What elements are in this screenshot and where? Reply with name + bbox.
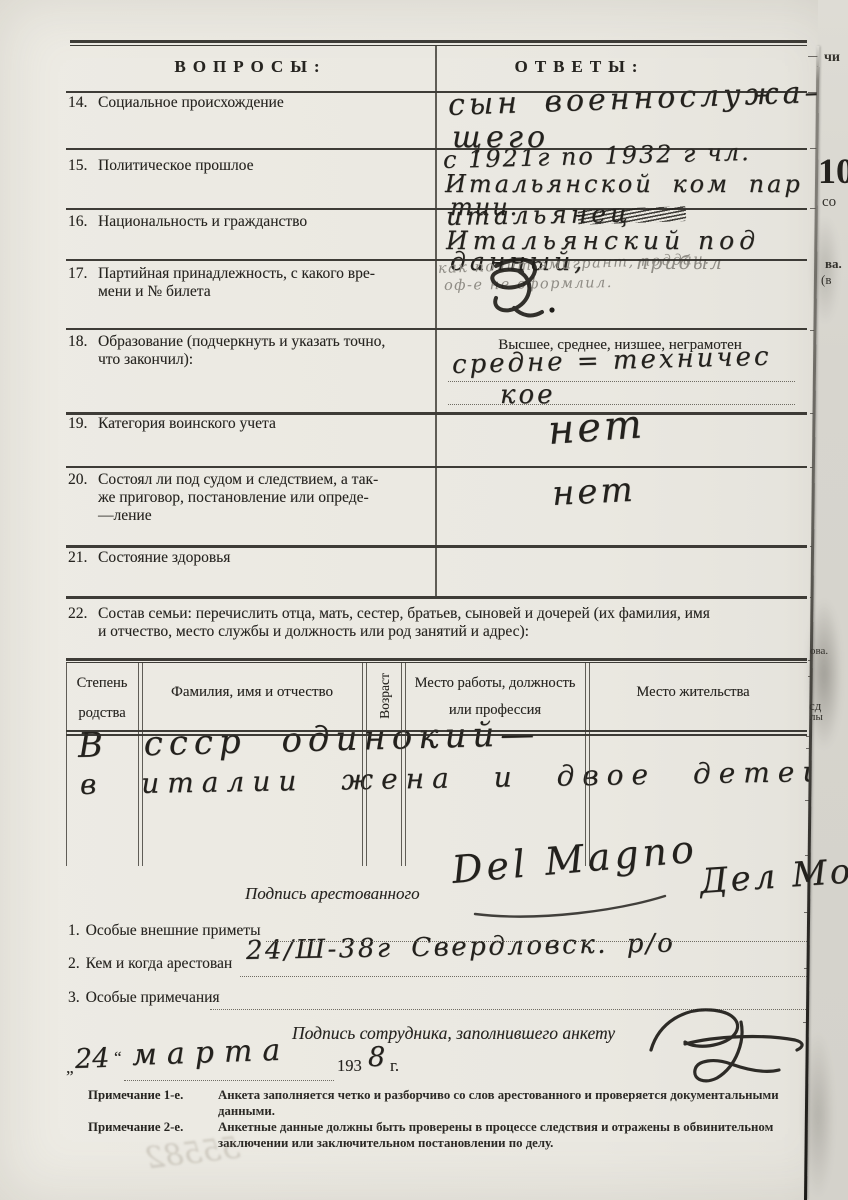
edge-text-fragment: чи: [824, 50, 840, 66]
item-2-handwritten-value: 24/Ш-38г Свердловск. р/о: [246, 929, 676, 966]
dotted-fill-line: [448, 381, 795, 382]
answer-20: нет: [551, 470, 637, 514]
family-col-degree-of-kinship: Степень родства: [66, 668, 138, 728]
dotted-fill-line: [266, 941, 807, 942]
dotted-fill-line: [240, 976, 807, 977]
question-21: 21. Состояние здоровья: [68, 549, 230, 567]
questions-column-header: ВОПРОСЫ:: [66, 57, 435, 77]
question-21-number: 21.: [68, 549, 94, 567]
strip-smudge: [806, 598, 842, 750]
family-col-residence: Место жительства: [589, 684, 797, 701]
date-year-printed-prefix: 193: [337, 1056, 362, 1076]
question-20-number: 20.: [68, 471, 94, 525]
question-14-number: 14.: [68, 94, 94, 112]
question-22: 22. Состав семьи: перечислить отца, мать…: [68, 605, 803, 641]
form-rule-horizontal: [66, 730, 807, 732]
form-rule-vertical: [138, 662, 139, 866]
family-entry-line1: В ссср одинокий—: [77, 714, 540, 766]
footnote-1: Примечание 1-е. Анкета заполняется четко…: [88, 1088, 828, 1119]
footnote-2-text: Анкетные данные должны быть проверены в …: [218, 1120, 828, 1151]
form-rule-vertical: [366, 662, 367, 866]
question-16: 16. Национальность и гражданство: [68, 213, 307, 231]
date-open-quote: „: [66, 1058, 74, 1078]
form-rule-horizontal: [70, 40, 807, 43]
item-special-features: 1. Особые внешние приметы: [68, 922, 261, 940]
crossed-out-word-scribble: [578, 206, 686, 225]
question-18-number: 18.: [68, 333, 94, 369]
edge-text-fragment: 10: [818, 150, 848, 192]
question-22-number: 22.: [68, 605, 94, 641]
item-1-label: Особые внешние приметы: [86, 922, 261, 940]
item-2-label: Кем и когда арестован: [86, 955, 233, 973]
footnote-1-label: Примечание 1-е.: [88, 1088, 210, 1119]
edge-text-fragment: ва.: [825, 256, 842, 272]
officer-signature-label: Подпись сотрудника, заполнившего анкету: [292, 1023, 615, 1044]
date-year-digit-handwritten: 8: [368, 1042, 385, 1073]
form-rule-vertical: [589, 662, 590, 866]
question-19: 19. Категория воинского учета: [68, 415, 276, 433]
date-day-handwritten: 24: [74, 1043, 109, 1075]
form-rule-vertical: [585, 662, 586, 866]
item-arrested-by-whom-when: 2. Кем и когда арестован: [68, 955, 232, 973]
answer-19: нет: [546, 401, 646, 454]
form-rule-horizontal: [66, 658, 807, 661]
question-21-text: Состояние здоровья: [98, 549, 230, 567]
item-2-number: 2.: [68, 955, 80, 973]
question-17-text: Партийная принадлежность, с какого вре- …: [98, 265, 375, 301]
question-20-text: Состоял ли под судом и следствием, а так…: [98, 471, 378, 525]
family-col-full-name: Фамилия, имя и отчество: [142, 684, 362, 701]
answer-18-line2: кое: [500, 380, 556, 410]
answer-14-line1: сын военнослужа——: [447, 73, 848, 123]
form-rule-horizontal: [66, 662, 807, 663]
question-14-text: Социальное происхождение: [98, 94, 284, 112]
dotted-fill-line: [448, 404, 795, 405]
question-16-text: Национальность и гражданство: [98, 213, 307, 231]
item-special-remarks: 3. Особые примечания: [68, 989, 220, 1007]
edge-text-fragment: со: [822, 194, 836, 211]
arrested-signature-latin: Del Magno: [450, 827, 699, 892]
question-15-number: 15.: [68, 157, 94, 175]
question-15: 15. Политическое прошлое: [68, 157, 254, 175]
question-22-text: Состав семьи: перечислить отца, мать, се…: [98, 605, 803, 641]
form-rule-vertical: [435, 45, 437, 596]
form-rule-vertical: [362, 662, 363, 866]
dotted-fill-line: [124, 1080, 334, 1081]
date-close-quote: “: [114, 1048, 122, 1068]
ink-flourish-over-answer-17: [468, 252, 583, 328]
item-1-number: 1.: [68, 922, 80, 940]
scanned-arrest-questionnaire-page: ВОПРОСЫ: ОТВЕТЫ: 14. Социальное происхож…: [0, 0, 848, 1200]
item-3-number: 3.: [68, 989, 80, 1007]
date-month-handwritten: марта: [131, 1032, 290, 1073]
form-rule-vertical: [405, 662, 406, 866]
question-17: 17. Партийная принадлежность, с какого в…: [68, 265, 375, 301]
form-rule-horizontal: [70, 45, 807, 46]
form-rule-vertical: [66, 662, 67, 866]
question-19-number: 19.: [68, 415, 94, 433]
officer-signature-scribble: [645, 1000, 815, 1088]
form-rule-vertical: [401, 662, 402, 866]
question-20: 20. Состоял ли под судом и следствием, а…: [68, 471, 378, 525]
date-year-suffix: г.: [390, 1056, 399, 1076]
edge-text-fragment: лы: [810, 711, 823, 723]
form-rule-horizontal: [66, 596, 807, 599]
question-17-number: 17.: [68, 265, 94, 301]
question-15-text: Политическое прошлое: [98, 157, 254, 175]
edge-text-fragment: (в: [821, 272, 831, 288]
question-18-text: Образование (подчеркнуть и указать точно…: [98, 333, 385, 369]
form-rule-horizontal: [66, 734, 807, 736]
question-16-number: 16.: [68, 213, 94, 231]
edge-text-fragment: ова.: [810, 645, 828, 657]
item-3-label: Особые примечания: [86, 989, 220, 1007]
question-14: 14. Социальное происхождение: [68, 94, 284, 112]
question-19-text: Категория воинского учета: [98, 415, 276, 433]
answers-column-header: ОТВЕТЫ:: [437, 57, 722, 77]
question-18: 18. Образование (подчеркнуть и указать т…: [68, 333, 385, 369]
signature-underline-swash: [470, 892, 670, 922]
form-rule-vertical: [142, 662, 143, 866]
arrested-signature-label: Подпись арестованного: [245, 884, 420, 904]
footnote-1-text: Анкета заполняется четко и разборчиво со…: [218, 1088, 828, 1119]
